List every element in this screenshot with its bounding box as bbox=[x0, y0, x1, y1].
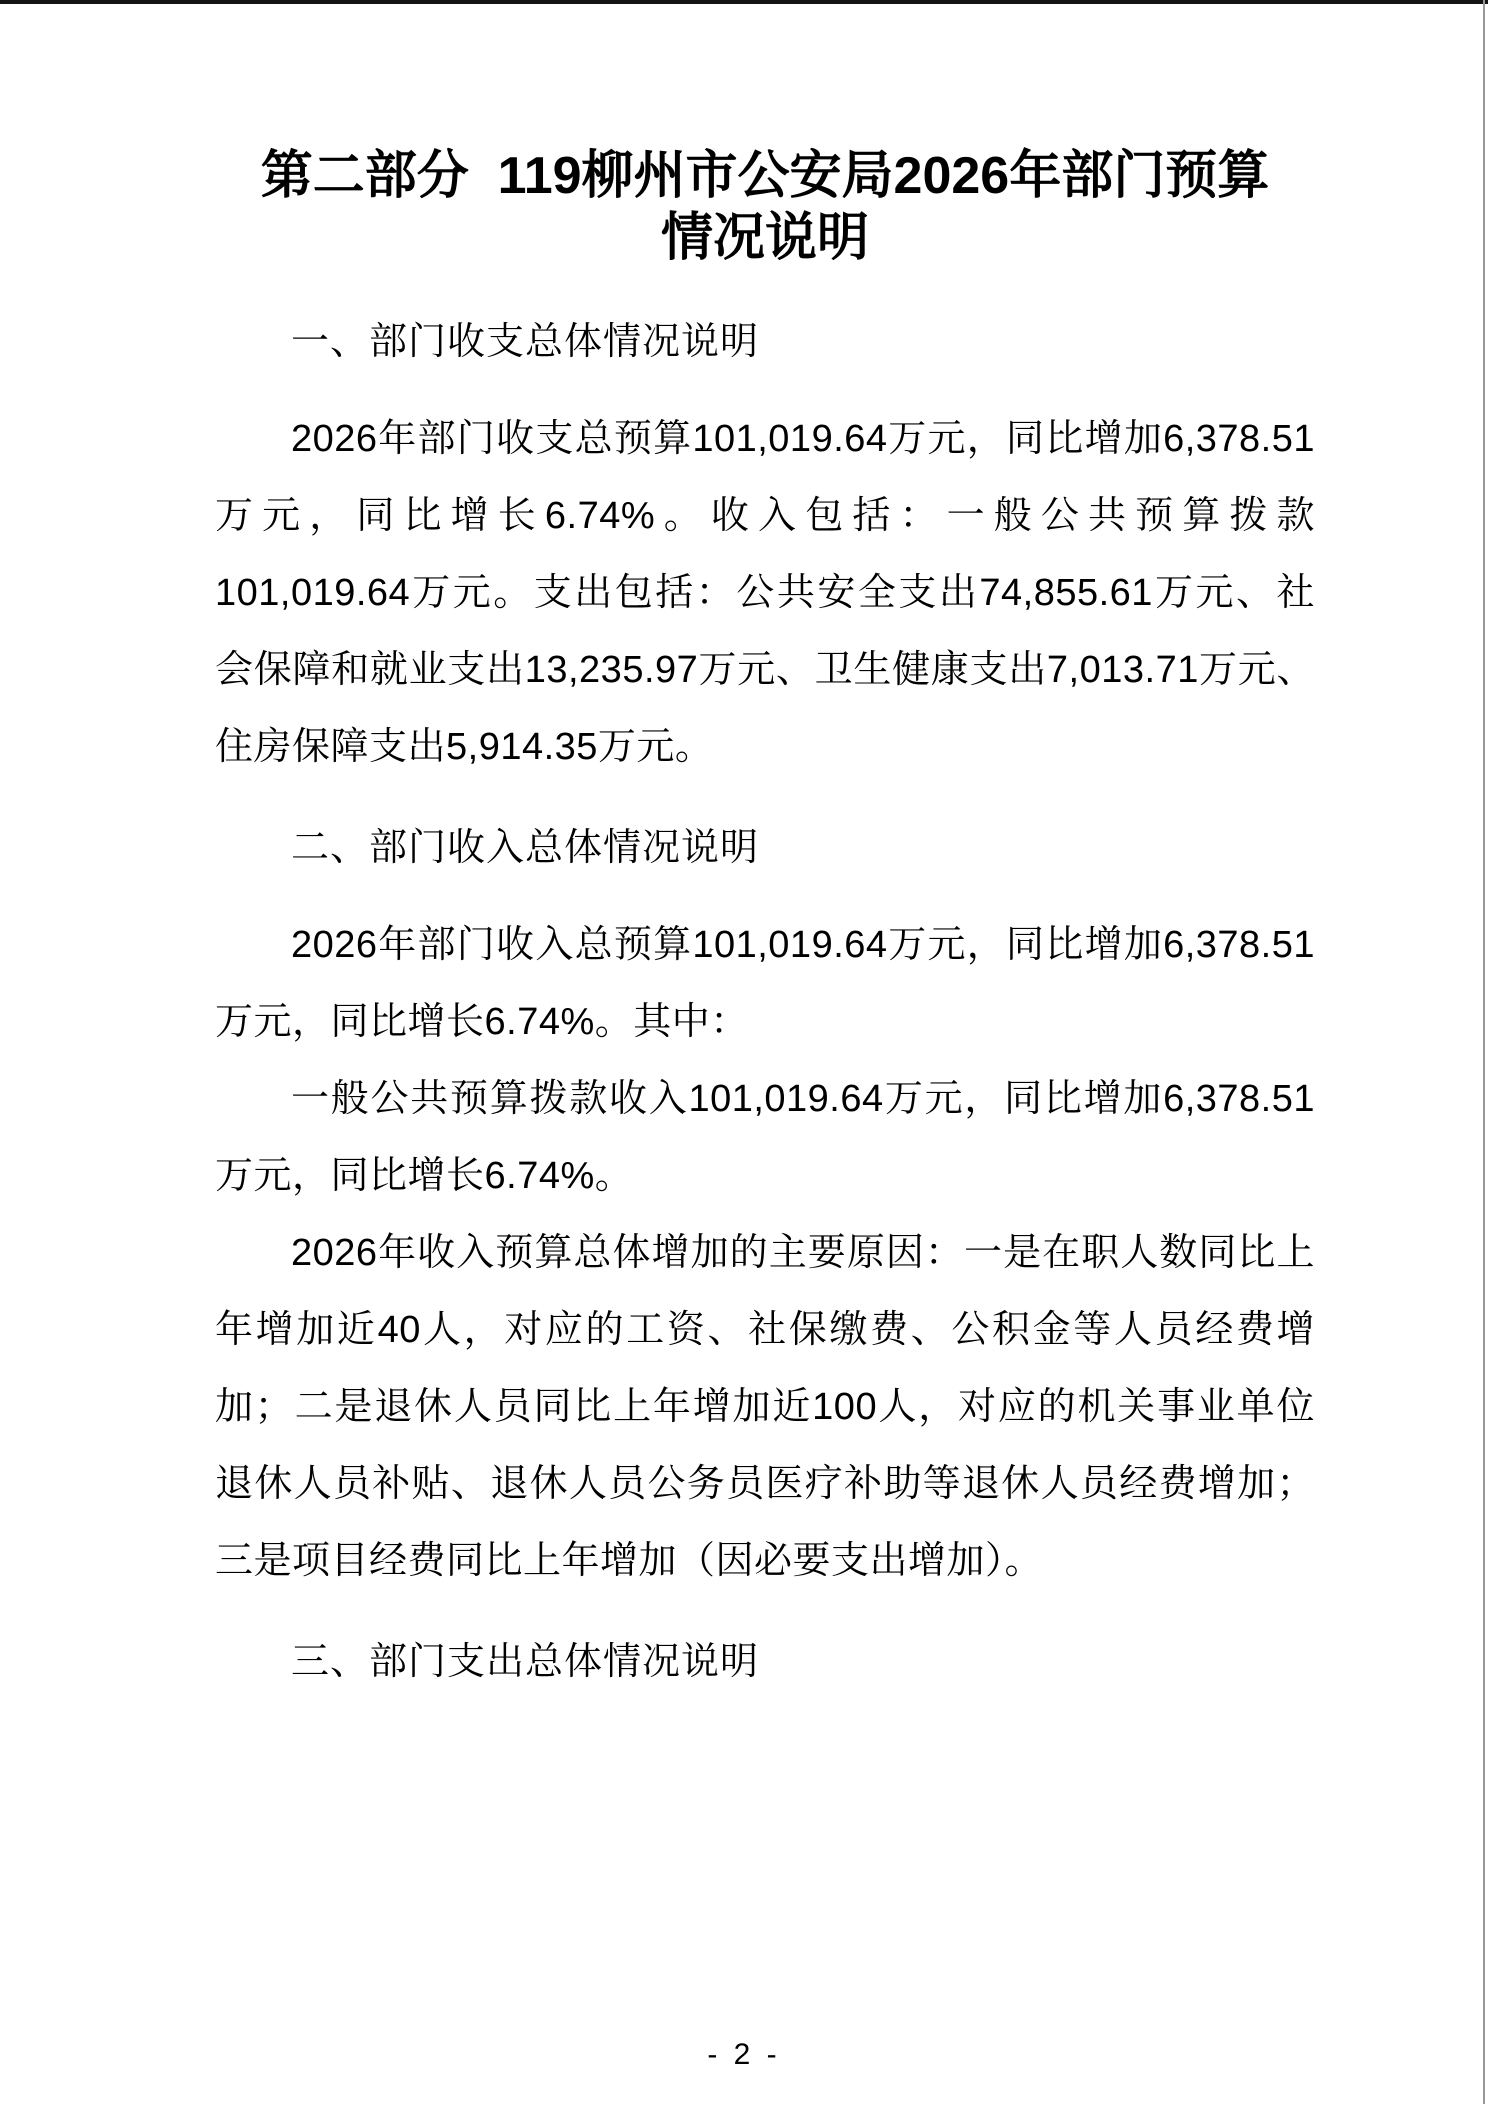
section-heading-1: 一、部门收支总体情况说明 bbox=[215, 304, 1315, 381]
section-heading-3: 三、部门支出总体情况说明 bbox=[215, 1624, 1315, 1701]
section-2-paragraph-2: 一般公共预算拨款收入101,019.64万元，同比增加6,378.51万元，同比… bbox=[215, 1061, 1315, 1215]
scan-artifact-right-line bbox=[1483, 0, 1485, 2104]
page-number: - 2 - bbox=[0, 2035, 1488, 2075]
section-heading-2: 二、部门收入总体情况说明 bbox=[215, 810, 1315, 887]
document-title: 第二部分 119柳州市公安局2026年部门预算 情况说明 bbox=[215, 145, 1315, 269]
section-2-paragraph-3: 2026年收入预算总体增加的主要原因：一是在职人数同比上年增加近40人，对应的工… bbox=[215, 1215, 1315, 1600]
document-page: 第二部分 119柳州市公安局2026年部门预算 情况说明 一、部门收支总体情况说… bbox=[0, 0, 1488, 2104]
document-content: 第二部分 119柳州市公安局2026年部门预算 情况说明 一、部门收支总体情况说… bbox=[215, 0, 1315, 1721]
document-title-line-1: 第二部分 119柳州市公安局2026年部门预算 bbox=[215, 145, 1315, 207]
section-2-paragraph-1: 2026年部门收入总预算101,019.64万元，同比增加6,378.51万元，… bbox=[215, 907, 1315, 1061]
document-title-line-2: 情况说明 bbox=[215, 207, 1315, 269]
section-1-paragraph-1: 2026年部门收支总预算101,019.64万元，同比增加6,378.51万元，… bbox=[215, 401, 1315, 786]
